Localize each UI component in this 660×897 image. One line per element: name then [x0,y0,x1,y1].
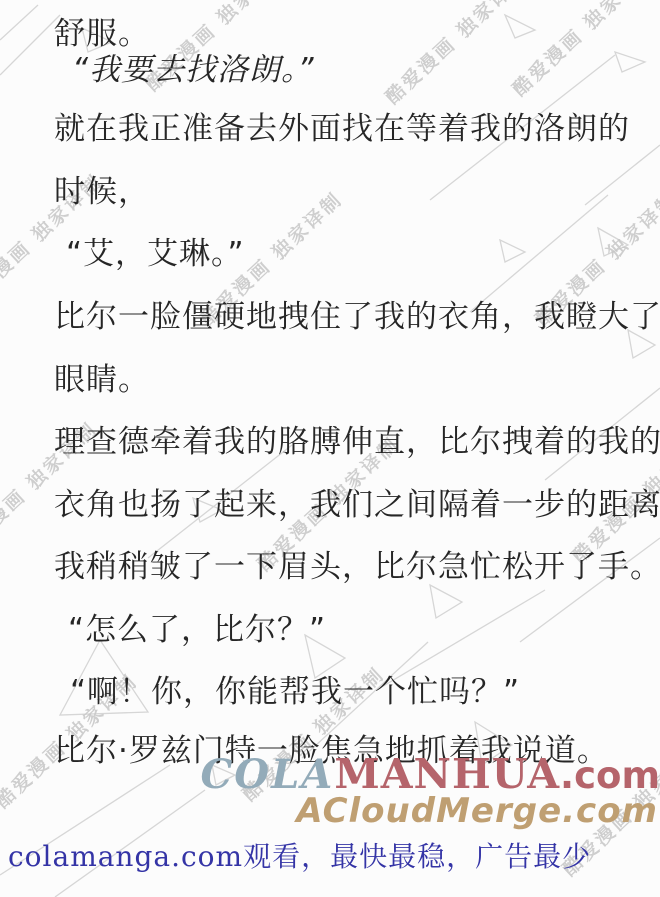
story-line: 我稍稍皱了一下眉头，比尔急忙松开了手。 [54,541,660,586]
story-line: 就在我正准备去外面找在等着我的洛朗的 [54,103,630,148]
paper-plane-icon [615,52,645,72]
story-line: “怎么了，比尔？” [68,604,326,649]
story-line: “我要去找洛朗。” [72,44,315,89]
story-line: 比尔一脸僵硬地拽住了我的衣角，我瞪大了 [54,291,660,336]
manga-text-page: 酷爱漫画 独家译制 酷爱漫画 独家译制 酷爱漫画 独家译制 酷爱漫画 独家译制 … [0,0,660,897]
story-line: 时候， [54,166,150,211]
story-line: “啊！你，你能帮我一个忙吗？” [70,666,520,711]
watermark-line [0,15,60,75]
paper-plane-icon [505,15,535,38]
colamanhua-watermark: COLAMANHUA.com [200,754,660,795]
paper-plane-icon [430,585,462,618]
story-line: 眼睛。 [54,354,150,399]
acloudmerge-watermark: ACloudMerge.com [296,794,658,828]
footer-site-note: colamanga.com观看，最快最稳，广告最少 [8,842,591,873]
watermark-line [585,145,660,205]
paper-plane-icon [500,240,525,262]
story-line: 理查德牵着我的胳膊伸直，比尔拽着的我的 [54,416,660,461]
watermark-line [0,5,38,40]
story-line: “艾，艾琳。” [66,228,245,273]
story-line: 衣角也扬了起来，我们之间隔着一步的距离。 [54,479,660,524]
